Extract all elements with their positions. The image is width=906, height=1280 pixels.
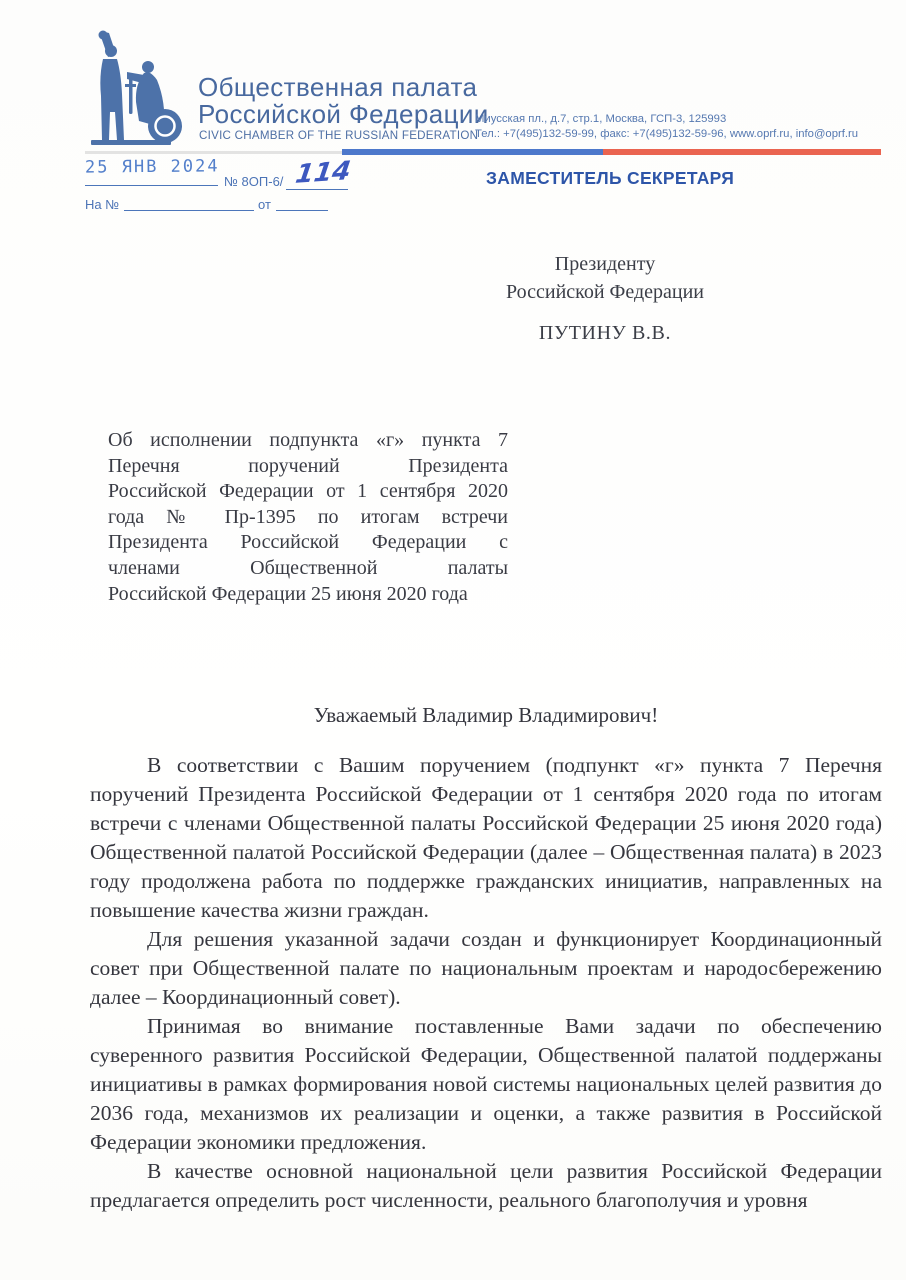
incoming-number-underline [124,210,254,211]
divider-blue-segment [342,149,603,155]
date-stamp: 25 ЯНВ 2024 [85,156,220,177]
outgoing-number-handwritten: 114 [294,156,353,190]
body-paragraph: Принимая во внимание поставленные Вами з… [90,1012,882,1157]
divider-gray-segment [85,151,342,154]
sender-title: ЗАМЕСТИТЕЛЬ СЕКРЕТАРЯ [486,168,734,189]
subject-line: Президента Российской Федерации с [108,530,508,556]
postal-address: Миусская пл., д.7, стр.1, Москва, ГСП-3,… [475,112,858,127]
org-name-line1: Общественная палата [198,74,489,101]
subject-line: Российской Федерации от 1 сентября 2020 [108,479,508,505]
outgoing-number-underline [286,189,348,190]
org-name-line2: Российской Федерации [198,101,489,128]
outgoing-number-prefix: № 8ОП-6/ [224,174,283,189]
subject-block: Об исполнении подпункта «г» пункта 7 Пер… [108,428,508,607]
org-name: Общественная палата Российской Федерации [198,74,489,128]
divider-red-segment [603,149,881,155]
body-paragraph: Для решения указанной задачи создан и фу… [90,925,882,1012]
header-contacts: Миусская пл., д.7, стр.1, Москва, ГСП-3,… [475,112,858,142]
incoming-date-underline [276,210,328,211]
recipient-block: Президенту Российской Федерации ПУТИНУ В… [428,250,782,347]
recipient-line1: Президенту [428,250,782,278]
salutation: Уважаемый Владимир Владимирович! [90,703,882,728]
subject-line: года № Пр-1395 по итогам встречи [108,505,508,531]
letter-body: В соответствии с Вашим поручением (подпу… [90,751,882,1215]
date-underline [85,185,218,186]
phone-fax-web: Тел.: +7(495)132-59-99, факс: +7(495)132… [475,127,858,142]
incoming-date-label: от [258,197,271,212]
subject-line: членами Общественной палаты [108,556,508,582]
org-name-english: CIVIC CHAMBER OF THE RUSSIAN FEDERATION [199,129,478,142]
subject-line: Российской Федерации 25 июня 2020 года [108,582,508,608]
recipient-line2: Российской Федерации [428,278,782,306]
body-paragraph: В соответствии с Вашим поручением (подпу… [90,751,882,925]
subject-line: Об исполнении подпункта «г» пункта 7 [108,428,508,454]
scanned-letter-page: Общественная палата Российской Федерации… [0,0,906,1280]
incoming-number-label: На № [85,197,119,212]
civic-chamber-emblem-icon [74,28,192,152]
recipient-name: ПУТИНУ В.В. [428,319,782,347]
body-paragraph: В качестве основной национальной цели ра… [90,1157,882,1215]
subject-line: Перечня поручений Президента [108,454,508,480]
